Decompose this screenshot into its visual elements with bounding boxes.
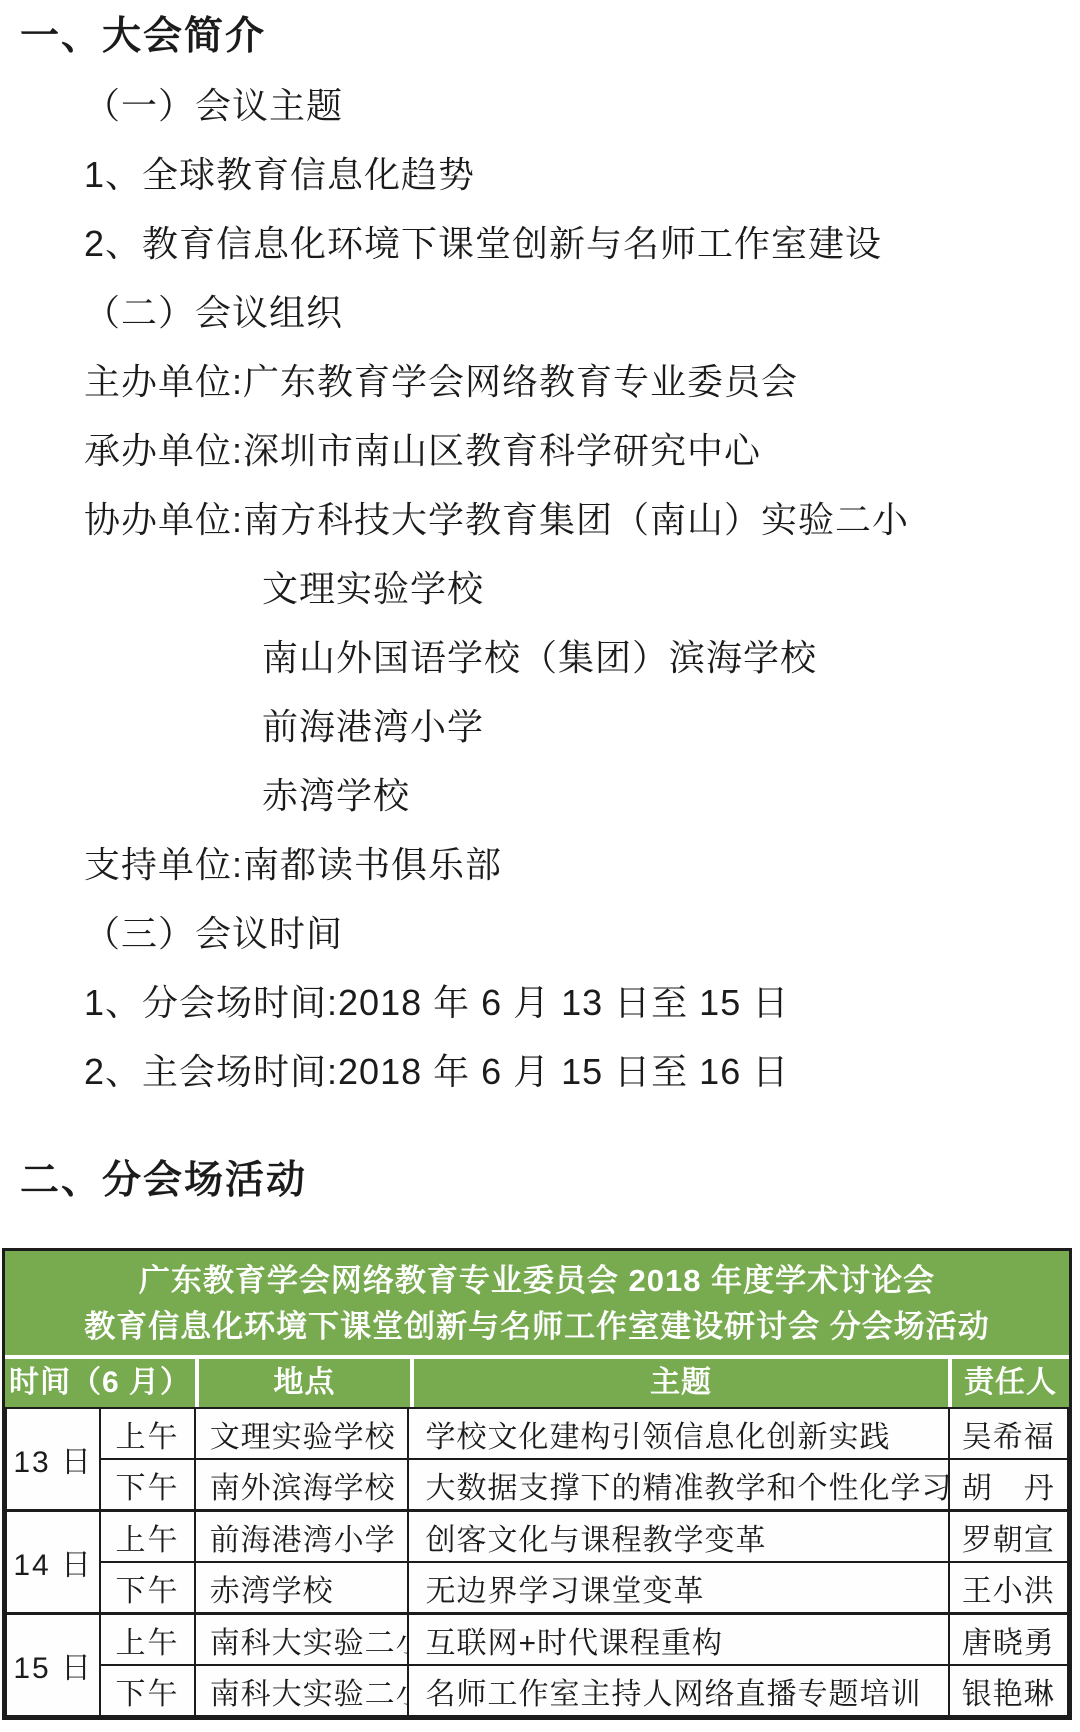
location-cell: 前海港湾小学 — [195, 1511, 409, 1563]
meeting-time-1: 1、分会场时间:2018 年 6 月 13 日至 15 日 — [20, 968, 1060, 1037]
day-cell-14: 14 日 — [6, 1511, 100, 1614]
schedule-title-line2: 教育信息化环境下课堂创新与名师工作室建设研讨会 分会场活动 — [5, 1304, 1069, 1350]
day-cell-13: 13 日 — [6, 1408, 100, 1511]
schedule-table: 广东教育学会网络教育专业委员会 2018 年度学术讨论会 教育信息化环境下课堂创… — [2, 1248, 1072, 1720]
location-cell: 南科大实验二小 — [195, 1665, 409, 1716]
table-row: 14 日 上午 前海港湾小学 创客文化与课程教学变革 罗朝宣 — [6, 1511, 1068, 1563]
topic-cell: 互联网+时代课程重构 — [408, 1614, 948, 1666]
period-cell: 下午 — [100, 1562, 194, 1614]
column-header-time: 时间（6 月） — [5, 1359, 195, 1407]
table-row: 13 日 上午 文理实验学校 学校文化建构引领信息化创新实践 吴希福 — [6, 1408, 1068, 1459]
period-cell: 下午 — [100, 1665, 194, 1716]
schedule-title-line1: 广东教育学会网络教育专业委员会 2018 年度学术讨论会 — [5, 1258, 1069, 1304]
owner-cell: 罗朝宣 — [949, 1511, 1068, 1563]
location-cell: 南科大实验二小 — [195, 1614, 409, 1666]
document-page: 一、大会简介 （一）会议主题 1、全球教育信息化趋势 2、教育信息化环境下课堂创… — [0, 0, 1080, 1732]
column-header-topic: 主题 — [410, 1359, 948, 1407]
table-row: 下午 赤湾学校 无边界学习课堂变革 王小洪 — [6, 1562, 1068, 1614]
organizer-undertaker: 承办单位:深圳市南山区教育科学研究中心 — [20, 416, 1060, 485]
theme-item-2: 2、教育信息化环境下课堂创新与名师工作室建设 — [20, 209, 1060, 278]
meeting-time-2: 2、主会场时间:2018 年 6 月 15 日至 16 日 — [20, 1037, 1060, 1106]
period-cell: 上午 — [100, 1614, 194, 1666]
owner-cell: 唐晓勇 — [949, 1614, 1068, 1666]
period-cell: 上午 — [100, 1511, 194, 1563]
column-header-owner: 责任人 — [948, 1359, 1069, 1407]
section2-heading: 二、分会场活动 — [20, 1146, 1060, 1215]
schedule-body: 13 日 上午 文理实验学校 学校文化建构引领信息化创新实践 吴希福 下午 南外… — [5, 1407, 1069, 1717]
period-cell: 下午 — [100, 1459, 194, 1511]
topic-cell: 大数据支撑下的精准教学和个性化学习 — [408, 1459, 948, 1511]
co-organizer-school-2: 文理实验学校 — [20, 554, 1060, 623]
owner-cell: 胡 丹 — [949, 1459, 1068, 1511]
owner-cell: 银艳琳 — [949, 1665, 1068, 1716]
subsection-time-heading: （三）会议时间 — [20, 899, 1060, 968]
co-organizer-school-3: 南山外国语学校（集团）滨海学校 — [20, 623, 1060, 692]
table-row: 下午 南科大实验二小 名师工作室主持人网络直播专题培训 银艳琳 — [6, 1665, 1068, 1716]
owner-cell: 吴希福 — [949, 1408, 1068, 1459]
subsection-theme-heading: （一）会议主题 — [20, 71, 1060, 140]
location-cell: 南外滨海学校 — [195, 1459, 409, 1511]
table-row: 下午 南外滨海学校 大数据支撑下的精准教学和个性化学习 胡 丹 — [6, 1459, 1068, 1511]
topic-cell: 名师工作室主持人网络直播专题培训 — [408, 1665, 948, 1716]
topic-cell: 创客文化与课程教学变革 — [408, 1511, 948, 1563]
column-header-location: 地点 — [195, 1359, 410, 1407]
subsection-organization-heading: （二）会议组织 — [20, 278, 1060, 347]
co-organizer-school-4: 前海港湾小学 — [20, 692, 1060, 761]
section1-heading: 一、大会简介 — [20, 2, 1060, 71]
schedule-header-row: 时间（6 月） 地点 主题 责任人 — [5, 1355, 1069, 1407]
theme-item-1: 1、全球教育信息化趋势 — [20, 140, 1060, 209]
day-cell-15: 15 日 — [6, 1614, 100, 1717]
organizer-co-organizer: 协办单位:南方科技大学教育集团（南山）实验二小 — [20, 485, 1060, 554]
topic-cell: 学校文化建构引领信息化创新实践 — [408, 1408, 948, 1459]
co-organizer-school-5: 赤湾学校 — [20, 761, 1060, 830]
location-cell: 赤湾学校 — [195, 1562, 409, 1614]
schedule-title: 广东教育学会网络教育专业委员会 2018 年度学术讨论会 教育信息化环境下课堂创… — [5, 1251, 1069, 1355]
location-cell: 文理实验学校 — [195, 1408, 409, 1459]
organizer-supporter: 支持单位:南都读书俱乐部 — [20, 830, 1060, 899]
conference-intro-section: 一、大会简介 （一）会议主题 1、全球教育信息化趋势 2、教育信息化环境下课堂创… — [0, 0, 1080, 1215]
topic-cell: 无边界学习课堂变革 — [408, 1562, 948, 1614]
organizer-host: 主办单位:广东教育学会网络教育专业委员会 — [20, 347, 1060, 416]
period-cell: 上午 — [100, 1408, 194, 1459]
owner-cell: 王小洪 — [949, 1562, 1068, 1614]
table-row: 15 日 上午 南科大实验二小 互联网+时代课程重构 唐晓勇 — [6, 1614, 1068, 1666]
